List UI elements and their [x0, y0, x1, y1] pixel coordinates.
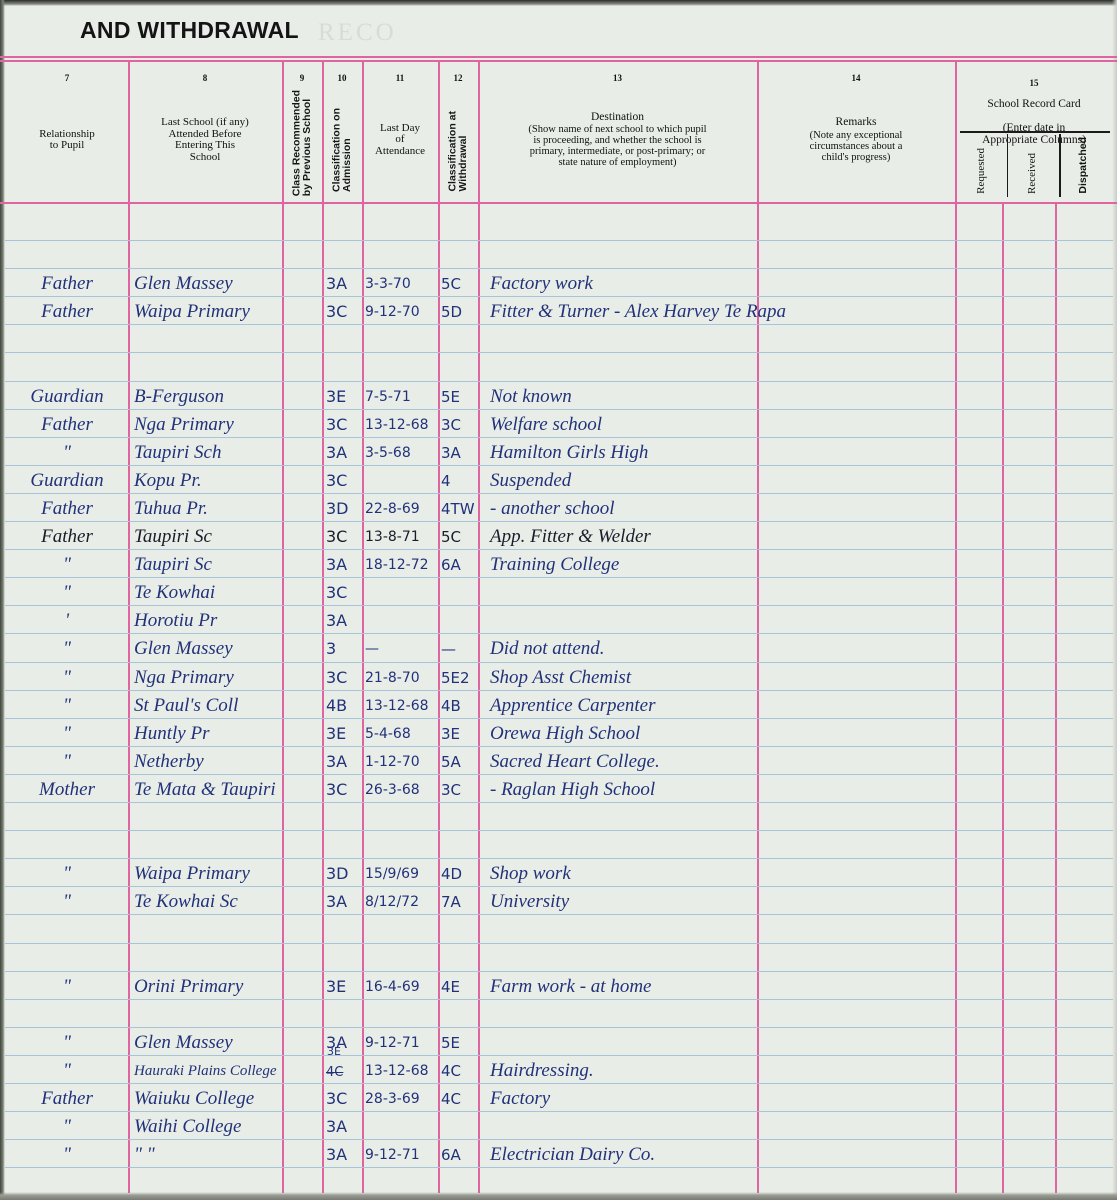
record-requested-cell — [956, 411, 1002, 439]
last-school-cell: Netherby — [134, 748, 280, 776]
remarks-cell — [762, 495, 952, 523]
record-dispatched-cell — [1056, 1085, 1111, 1113]
classification-withdrawal-cell: 7A — [441, 888, 479, 916]
column-number: 9 — [282, 73, 322, 83]
column-number: 10 — [322, 73, 362, 83]
remarks-cell — [762, 888, 952, 916]
class-recommended-cell — [283, 383, 321, 411]
record-dispatched-cell — [1056, 635, 1111, 663]
classification-withdrawal-cell: — — [441, 635, 479, 663]
classification-withdrawal-cell — [441, 326, 479, 354]
class-recommended-cell — [283, 776, 321, 804]
last-day-cell: 22-8-69 — [365, 495, 438, 523]
relationship-cell — [6, 242, 128, 270]
register-row: "Taupiri Sch3A3-5-683AHamilton Girls Hig… — [0, 437, 1117, 465]
classification-withdrawal-cell: 5E — [441, 383, 479, 411]
classification-admission-cell — [326, 1001, 362, 1029]
destination-cell: Did not attend. — [490, 635, 755, 663]
register-row: "Netherby3A1-12-705ASacred Heart College… — [0, 746, 1117, 774]
classification-withdrawal-cell: 4TW — [441, 495, 479, 523]
last-school-cell: Glen Massey — [134, 270, 280, 298]
classification-admission-cell — [326, 242, 362, 270]
record-received-cell — [1003, 579, 1055, 607]
class-recommended-cell — [283, 551, 321, 579]
last-school-cell: Waipa Primary — [134, 860, 280, 888]
destination-cell — [490, 242, 755, 270]
remarks-cell — [762, 860, 952, 888]
record-dispatched-cell — [1056, 579, 1111, 607]
remarks-cell — [762, 1141, 952, 1169]
record-received-cell — [1003, 1001, 1055, 1029]
remarks-cell — [762, 832, 952, 860]
last-school-cell: Horotiu Pr — [134, 607, 280, 635]
destination-cell: Shop Asst Chemist — [490, 664, 755, 692]
last-school-cell: Huntly Pr — [134, 720, 280, 748]
classification-withdrawal-cell: 5A — [441, 748, 479, 776]
last-day-cell: 3-3-70 — [365, 270, 438, 298]
relationship-cell: " — [6, 1141, 128, 1169]
header-school-record-card: 15 School Record Card (Enter date in App… — [955, 70, 1113, 202]
record-received-cell — [1003, 973, 1055, 1001]
record-requested-cell — [956, 298, 1002, 326]
classification-withdrawal-cell: 5D — [441, 298, 479, 326]
class-recommended-cell — [283, 579, 321, 607]
record-requested-cell — [956, 1085, 1002, 1113]
relationship-cell — [6, 326, 128, 354]
record-received-cell — [1003, 298, 1055, 326]
last-day-cell — [365, 1113, 438, 1141]
destination-cell — [490, 832, 755, 860]
column-label: Last School (if any) Attended Before Ent… — [128, 70, 282, 202]
relationship-cell — [6, 804, 128, 832]
last-day-cell: 9-12-71 — [365, 1141, 438, 1169]
column-label-group: Remarks (Note any exceptional circumstan… — [757, 70, 955, 202]
column-label: Last Day of Attendance — [362, 70, 438, 202]
classification-admission-cell: 3E — [326, 720, 362, 748]
classification-admission-cell: 3A — [326, 551, 362, 579]
blank-row — [0, 324, 1117, 352]
register-row: "Taupiri Sc3A18-12-726ATraining College — [0, 549, 1117, 577]
blank-row — [0, 352, 1117, 380]
destination-cell: - another school — [490, 495, 755, 523]
destination-cell: Shop work — [490, 860, 755, 888]
header-class-recommended: 9 Class Recommended by Previous School — [282, 70, 322, 202]
classification-withdrawal-cell: 4B — [441, 692, 479, 720]
remarks-cell — [762, 607, 952, 635]
last-day-cell: 9-12-70 — [365, 298, 438, 326]
record-requested-cell — [956, 692, 1002, 720]
last-school-cell: Nga Primary — [134, 411, 280, 439]
subcolumn-requested: Requested — [961, 138, 1001, 196]
classification-admission-cell — [326, 804, 362, 832]
record-requested-cell — [956, 860, 1002, 888]
last-school-cell: Waipa Primary — [134, 298, 280, 326]
destination-cell: Training College — [490, 551, 755, 579]
classification-admission-cell: 3C — [326, 523, 362, 551]
classification-admission-cell — [326, 326, 362, 354]
record-requested-cell — [956, 551, 1002, 579]
column-label: Classification at Withdrawal — [448, 111, 469, 192]
column-label: Destination — [591, 112, 644, 124]
record-requested-cell — [956, 607, 1002, 635]
last-school-cell — [134, 832, 280, 860]
header-classification-admission: 10 Classification on Admission — [322, 70, 362, 202]
last-school-cell: Te Kowhai Sc — [134, 888, 280, 916]
register-row: "Te Kowhai3C — [0, 577, 1117, 605]
last-day-cell — [365, 467, 438, 495]
record-dispatched-cell — [1056, 973, 1111, 1001]
last-school-cell: Te Kowhai — [134, 579, 280, 607]
record-received-cell — [1003, 1141, 1055, 1169]
last-day-cell — [365, 804, 438, 832]
record-requested-cell — [956, 1141, 1002, 1169]
subcolumn-label: Received — [1026, 153, 1038, 194]
classification-withdrawal-cell: 4E — [441, 973, 479, 1001]
blank-row — [0, 943, 1117, 971]
record-requested-cell — [956, 973, 1002, 1001]
record-requested-cell — [956, 523, 1002, 551]
destination-cell — [490, 579, 755, 607]
record-received-cell — [1003, 776, 1055, 804]
last-school-cell: Te Mata & Taupiri — [134, 776, 280, 804]
remarks-cell — [762, 354, 952, 382]
last-school-cell: Taupiri Sc — [134, 523, 280, 551]
classification-withdrawal-cell: 5E — [441, 1029, 479, 1057]
relationship-cell: Father — [6, 298, 128, 326]
last-school-cell: " " — [134, 1141, 280, 1169]
classification-admission-cell: 3C — [326, 467, 362, 495]
last-school-cell: Nga Primary — [134, 664, 280, 692]
classification-withdrawal-cell — [441, 945, 479, 973]
record-received-cell — [1003, 1057, 1055, 1085]
classification-withdrawal-cell: 6A — [441, 1141, 479, 1169]
class-recommended-cell — [283, 916, 321, 944]
top-rule-2 — [0, 60, 1117, 62]
record-requested-cell — [956, 242, 1002, 270]
relationship-cell — [6, 916, 128, 944]
relationship-cell: ' — [6, 607, 128, 635]
scan-edge-bottom — [0, 1192, 1117, 1200]
class-recommended-cell — [283, 1085, 321, 1113]
remarks-cell — [762, 439, 952, 467]
class-recommended-cell — [283, 1001, 321, 1029]
record-received-cell — [1003, 635, 1055, 663]
record-dispatched-cell — [1056, 607, 1111, 635]
last-day-cell — [365, 579, 438, 607]
class-recommended-cell — [283, 270, 321, 298]
remarks-cell — [762, 1029, 952, 1057]
classification-admission-cell: 4B — [326, 692, 362, 720]
record-dispatched-cell — [1056, 551, 1111, 579]
record-received-cell — [1003, 270, 1055, 298]
remarks-cell — [762, 804, 952, 832]
record-dispatched-cell — [1056, 692, 1111, 720]
relationship-cell: " — [6, 888, 128, 916]
record-received-cell — [1003, 945, 1055, 973]
record-requested-cell — [956, 664, 1002, 692]
last-day-cell: 9-12-71 — [365, 1029, 438, 1057]
destination-cell: Suspended — [490, 467, 755, 495]
record-received-cell — [1003, 748, 1055, 776]
record-dispatched-cell — [1056, 945, 1111, 973]
destination-cell: Factory — [490, 1085, 755, 1113]
header-last-school: 8 Last School (if any) Attended Before E… — [128, 70, 282, 202]
record-requested-cell — [956, 776, 1002, 804]
page-title: AND WITHDRAWAL — [80, 17, 299, 44]
last-school-cell: Tuhua Pr. — [134, 495, 280, 523]
record-requested-cell — [956, 804, 1002, 832]
record-received-cell — [1003, 383, 1055, 411]
record-received-cell — [1003, 523, 1055, 551]
remarks-cell — [762, 776, 952, 804]
classification-withdrawal-cell — [441, 354, 479, 382]
remarks-cell — [762, 720, 952, 748]
record-card-divider — [1059, 134, 1061, 197]
relationship-cell — [6, 832, 128, 860]
remarks-cell — [762, 1001, 952, 1029]
remarks-cell — [762, 298, 952, 326]
relationship-cell: " — [6, 1113, 128, 1141]
last-school-cell — [134, 242, 280, 270]
register-row: FatherTaupiri Sc3C13-8-715CApp. Fitter &… — [0, 521, 1117, 549]
record-received-cell — [1003, 916, 1055, 944]
relationship-cell: " — [6, 1057, 128, 1085]
record-dispatched-cell — [1056, 467, 1111, 495]
class-recommended-cell — [283, 1141, 321, 1169]
classification-admission-cell: 3C — [326, 579, 362, 607]
record-requested-cell — [956, 916, 1002, 944]
record-dispatched-cell — [1056, 1029, 1111, 1057]
header-last-day: 11 Last Day of Attendance — [362, 70, 438, 202]
last-day-cell — [365, 607, 438, 635]
last-day-cell: 15/9/69 — [365, 860, 438, 888]
last-school-cell — [134, 804, 280, 832]
destination-cell — [490, 1113, 755, 1141]
classification-admission-cell: 3C — [326, 298, 362, 326]
relationship-cell: " — [6, 551, 128, 579]
last-school-cell: Kopu Pr. — [134, 467, 280, 495]
class-recommended-cell — [283, 1057, 321, 1085]
classification-admission-cell — [326, 832, 362, 860]
record-requested-cell — [956, 720, 1002, 748]
register-row: "Te Kowhai Sc3A8/12/727AUniversity — [0, 886, 1117, 914]
last-school-cell: Glen Massey — [134, 635, 280, 663]
last-school-cell: Taupiri Sch — [134, 439, 280, 467]
classification-admission-cell: 3A — [326, 888, 362, 916]
column-label: Relationship to Pupil — [6, 70, 128, 202]
record-requested-cell — [956, 1057, 1002, 1085]
record-dispatched-cell — [1056, 720, 1111, 748]
subcolumn-label: Dispatched — [1077, 137, 1089, 194]
record-received-cell — [1003, 664, 1055, 692]
record-requested-cell — [956, 270, 1002, 298]
relationship-cell: " — [6, 439, 128, 467]
relationship-cell: " — [6, 1029, 128, 1057]
record-received-cell — [1003, 1085, 1055, 1113]
remarks-cell — [762, 692, 952, 720]
record-requested-cell — [956, 635, 1002, 663]
record-received-cell — [1003, 326, 1055, 354]
last-day-cell: 3-5-68 — [365, 439, 438, 467]
subcolumn-label: Requested — [975, 148, 987, 194]
classification-admission-cell: 3A — [326, 607, 362, 635]
register-row: FatherWaiuku College3C28-3-694CFactory — [0, 1083, 1117, 1111]
remarks-cell — [762, 579, 952, 607]
destination-cell: Welfare school — [490, 411, 755, 439]
record-received-cell — [1003, 495, 1055, 523]
last-day-cell: 21-8-70 — [365, 664, 438, 692]
classification-withdrawal-cell: 4 — [441, 467, 479, 495]
classification-withdrawal-cell — [441, 804, 479, 832]
struck-classification: 4C — [326, 1065, 343, 1080]
record-requested-cell — [956, 945, 1002, 973]
last-school-cell — [134, 326, 280, 354]
last-school-cell: Orini Primary — [134, 973, 280, 1001]
register-page: AND WITHDRAWAL RECO 7 Relationship to Pu… — [0, 0, 1117, 1200]
last-school-cell: Waihi College — [134, 1113, 280, 1141]
classification-withdrawal-cell — [441, 1001, 479, 1029]
classification-admission-cell: 3C — [326, 411, 362, 439]
column-label: Class Recommended by Previous School — [292, 90, 313, 196]
classification-admission-cell: 3C — [326, 664, 362, 692]
last-school-cell: Hauraki Plains College — [134, 1057, 280, 1085]
record-card-header-rule — [960, 131, 1110, 133]
class-recommended-cell — [283, 888, 321, 916]
class-recommended-cell — [283, 635, 321, 663]
record-dispatched-cell — [1056, 242, 1111, 270]
bleed-through-text: RECO — [318, 19, 397, 47]
column-label-group: Destination (Show name of next school to… — [478, 70, 757, 202]
record-dispatched-cell — [1056, 1113, 1111, 1141]
class-recommended-cell — [283, 354, 321, 382]
classification-admission-cell: 3A — [326, 439, 362, 467]
last-school-cell: Taupiri Sc — [134, 551, 280, 579]
relationship-cell: " — [6, 635, 128, 663]
destination-cell: Factory work — [490, 270, 755, 298]
classification-withdrawal-cell: 4C — [441, 1085, 479, 1113]
remarks-cell — [762, 1085, 952, 1113]
last-day-cell: — — [365, 635, 438, 663]
last-day-cell — [365, 1001, 438, 1029]
relationship-cell — [6, 945, 128, 973]
relationship-cell: " — [6, 973, 128, 1001]
class-recommended-cell — [283, 411, 321, 439]
classification-admission-cell: 3A — [326, 270, 362, 298]
destination-cell — [490, 1029, 755, 1057]
class-recommended-cell — [283, 973, 321, 1001]
remarks-cell — [762, 242, 952, 270]
record-received-cell — [1003, 439, 1055, 467]
classification-withdrawal-cell — [441, 1113, 479, 1141]
record-requested-cell — [956, 748, 1002, 776]
classification-admission-cell: 3A — [326, 748, 362, 776]
classification-admission-cell: 3D — [326, 495, 362, 523]
register-row: "Waipa Primary3D15/9/694DShop work — [0, 858, 1117, 886]
record-requested-cell — [956, 439, 1002, 467]
relationship-cell: Father — [6, 1085, 128, 1113]
last-school-cell — [134, 945, 280, 973]
header-classification-withdrawal: 12 Classification at Withdrawal — [438, 70, 478, 202]
last-day-cell: 26-3-68 — [365, 776, 438, 804]
register-row: FatherWaipa Primary3C9-12-705DFitter & T… — [0, 296, 1117, 324]
destination-cell — [490, 607, 755, 635]
destination-cell: App. Fitter & Welder — [490, 523, 755, 551]
record-dispatched-cell — [1056, 748, 1111, 776]
classification-withdrawal-cell: 4C — [441, 1057, 479, 1085]
classification-withdrawal-cell — [441, 832, 479, 860]
classification-withdrawal-cell — [441, 916, 479, 944]
register-row: "Orini Primary3E16-4-694EFarm work - at … — [0, 971, 1117, 999]
header-bottom-rule — [0, 202, 1117, 204]
class-recommended-cell — [283, 439, 321, 467]
column-note: (Note any exceptional circumstances abou… — [810, 130, 903, 163]
destination-cell — [490, 1001, 755, 1029]
column-label: Classification on Admission — [332, 108, 353, 192]
last-school-cell — [134, 354, 280, 382]
record-received-cell — [1003, 242, 1055, 270]
class-recommended-cell — [283, 832, 321, 860]
record-dispatched-cell — [1056, 664, 1111, 692]
record-dispatched-cell — [1056, 1057, 1111, 1085]
last-day-cell — [365, 242, 438, 270]
remarks-cell — [762, 326, 952, 354]
last-day-cell: 13-12-68 — [365, 692, 438, 720]
relationship-cell: " — [6, 664, 128, 692]
relationship-cell: Father — [6, 495, 128, 523]
destination-cell — [490, 326, 755, 354]
record-requested-cell — [956, 326, 1002, 354]
destination-cell: Orewa High School — [490, 720, 755, 748]
register-row: "St Paul's Coll4B13-12-684BApprentice Ca… — [0, 690, 1117, 718]
class-recommended-cell — [283, 720, 321, 748]
destination-cell: Hairdressing. — [490, 1057, 755, 1085]
class-recommended-cell — [283, 748, 321, 776]
record-dispatched-cell — [1056, 298, 1111, 326]
blank-row — [0, 240, 1117, 268]
last-day-cell: 28-3-69 — [365, 1085, 438, 1113]
classification-withdrawal-cell: 6A — [441, 551, 479, 579]
remarks-cell — [762, 664, 952, 692]
register-row: "Hauraki Plains College3E4C13-12-684CHai… — [0, 1055, 1117, 1083]
destination-cell — [490, 916, 755, 944]
classification-admission-cell: 3 — [326, 635, 362, 663]
remarks-cell — [762, 270, 952, 298]
subcolumn-received: Received — [1012, 138, 1052, 196]
relationship-cell: " — [6, 692, 128, 720]
record-dispatched-cell — [1056, 411, 1111, 439]
classification-withdrawal-cell: 3C — [441, 411, 479, 439]
register-row: FatherGlen Massey3A3-3-705CFactory work — [0, 268, 1117, 296]
record-received-cell — [1003, 860, 1055, 888]
relationship-cell: Guardian — [6, 467, 128, 495]
classification-admission-cell: 3D — [326, 860, 362, 888]
class-recommended-cell — [283, 1029, 321, 1057]
destination-cell: Apprentice Carpenter — [490, 692, 755, 720]
remarks-cell — [762, 973, 952, 1001]
record-requested-cell — [956, 467, 1002, 495]
column-number: 12 — [438, 73, 478, 83]
last-day-cell: 13-8-71 — [365, 523, 438, 551]
destination-cell: Fitter & Turner - Alex Harvey Te Rapa — [490, 298, 755, 326]
remarks-cell — [762, 551, 952, 579]
class-recommended-cell — [283, 692, 321, 720]
register-row: MotherTe Mata & Taupiri3C26-3-683C- Ragl… — [0, 774, 1117, 802]
classification-withdrawal-cell: 5C — [441, 523, 479, 551]
class-recommended-cell — [283, 860, 321, 888]
last-day-cell: 18-12-72 — [365, 551, 438, 579]
record-dispatched-cell — [1056, 523, 1111, 551]
last-school-cell: B-Ferguson — [134, 383, 280, 411]
